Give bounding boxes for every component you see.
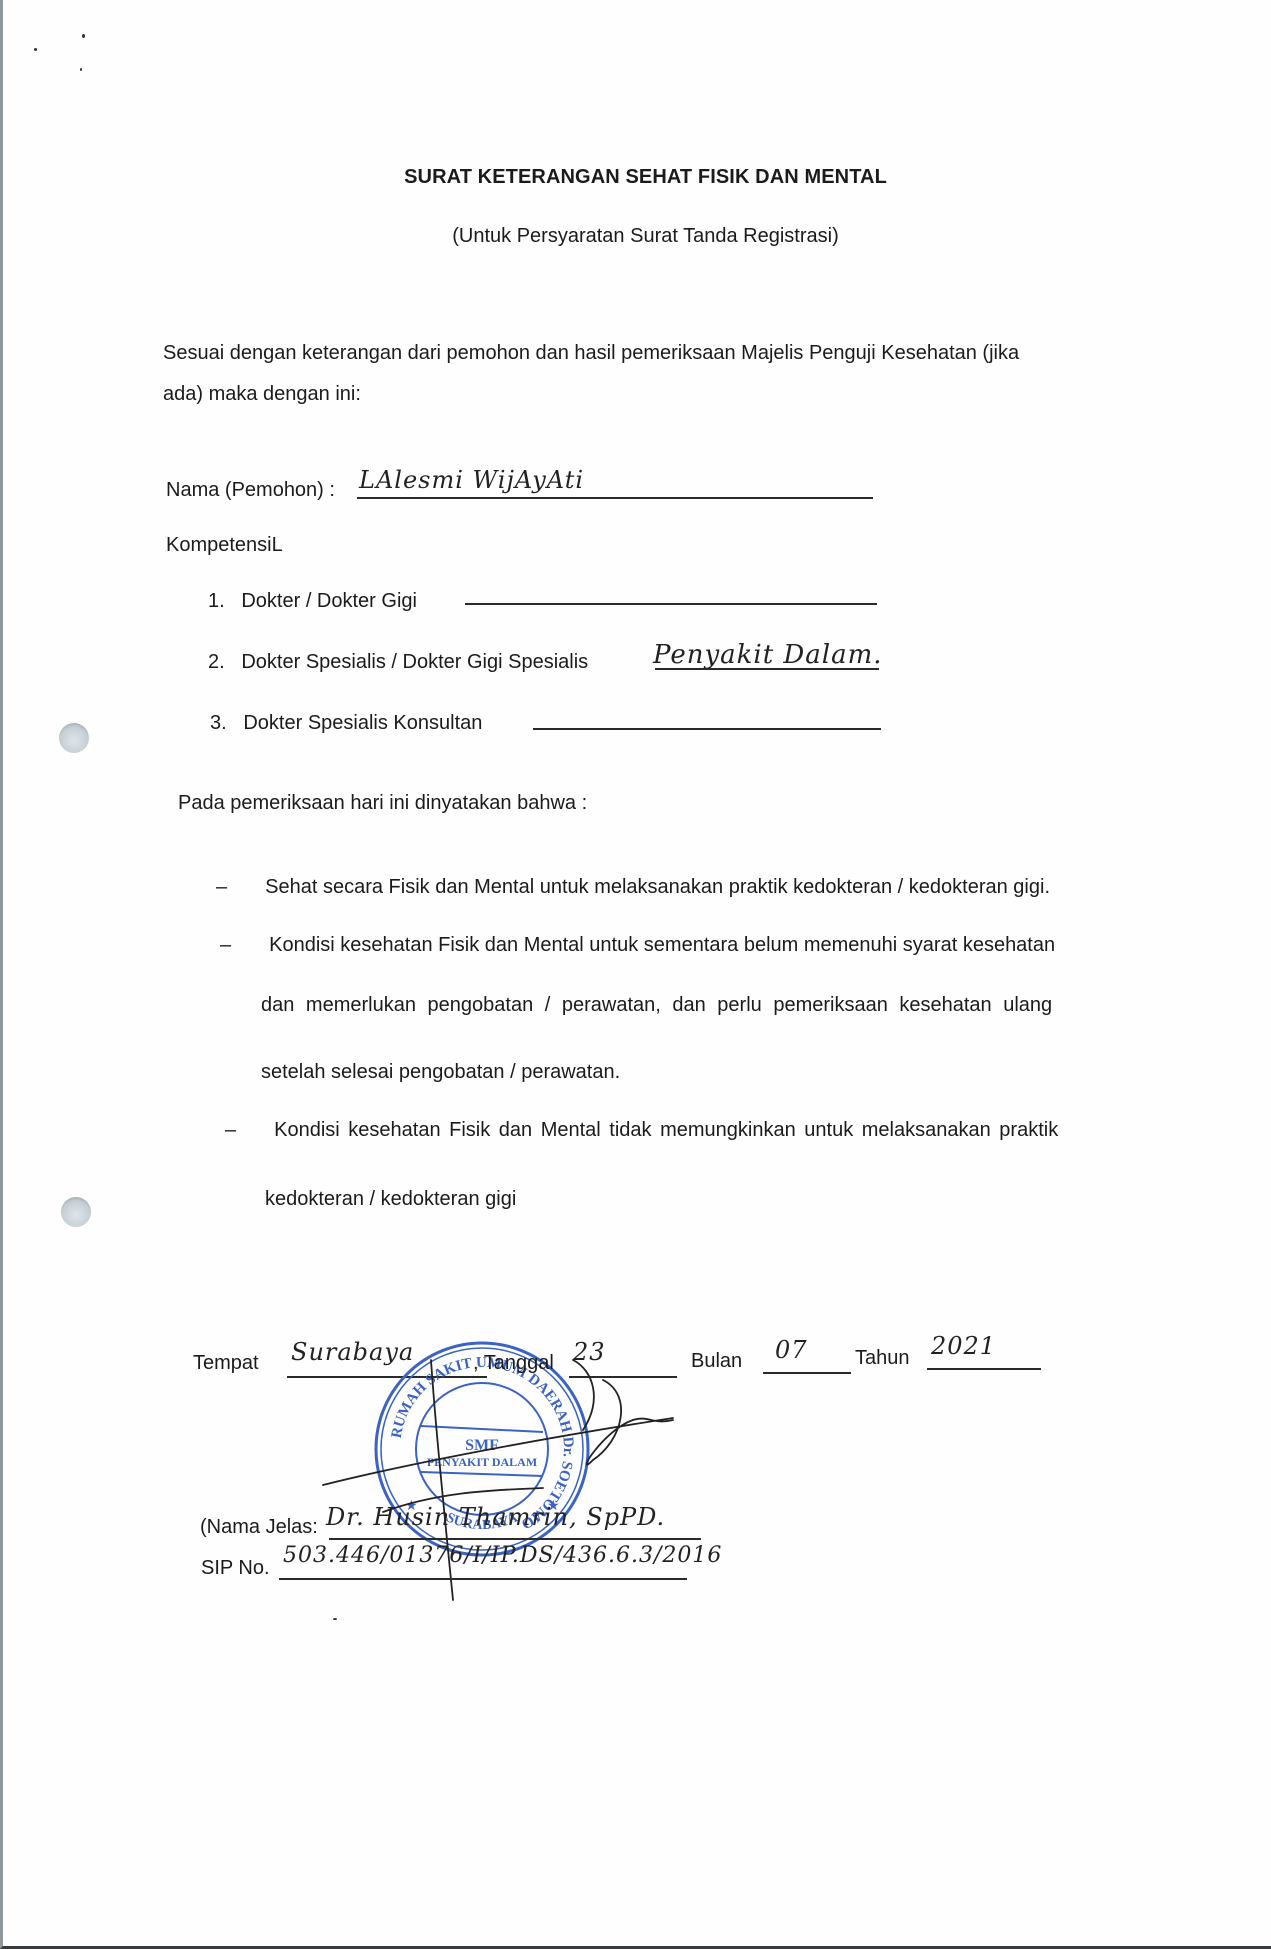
competence-item-2-field xyxy=(655,668,879,670)
signatory-name-value[interactable]: Dr. Husin Thamrin, SpPD. xyxy=(326,1503,665,1531)
document-page: SURAT KETERANGAN SEHAT FISIK DAN MENTAL … xyxy=(0,0,1271,1949)
condition-2-line-3: setelah selesai pengobatan / perawatan. xyxy=(261,1061,620,1084)
competence-item-3: 3. Dokter Spesialis Konsultan xyxy=(210,712,482,735)
competence-item-number: 2. xyxy=(208,651,225,673)
signature-icon xyxy=(303,1340,683,1610)
competence-label: KompetensiL xyxy=(166,534,283,557)
competence-item-2: 2. Dokter Spesialis / Dokter Gigi Spesia… xyxy=(208,651,588,674)
year-label: Tahun xyxy=(855,1347,910,1370)
condition-option-1[interactable]: –Sehat secara Fisik dan Mental untuk mel… xyxy=(216,876,1050,899)
exam-statement: Pada pemeriksaan hari ini dinyatakan bah… xyxy=(178,792,587,815)
intro-line-2: ada) maka dengan ini: xyxy=(163,383,361,406)
competence-item-3-field[interactable] xyxy=(533,728,881,730)
condition-2-line-2: dan memerlukan pengobatan / perawatan, d… xyxy=(261,994,1052,1017)
intro-line-1: Sesuai dengan keterangan dari pemohon da… xyxy=(163,342,1019,365)
condition-option-3[interactable]: –Kondisi kesehatan Fisik dan Mental tida… xyxy=(225,1119,1058,1142)
competence-item-label: Dokter / Dokter Gigi xyxy=(241,590,417,612)
scan-speck xyxy=(34,48,37,51)
condition-3-line-2: kedokteran / kedokteran gigi xyxy=(265,1188,516,1211)
punch-hole-icon xyxy=(61,1197,91,1227)
competence-item-1: 1. Dokter / Dokter Gigi xyxy=(208,590,417,613)
scan-speck xyxy=(80,68,82,71)
sip-underline xyxy=(279,1578,687,1580)
year-underline xyxy=(927,1368,1041,1370)
year-value[interactable]: 2021 xyxy=(931,1332,996,1360)
applicant-name-underline xyxy=(357,497,873,499)
sip-value[interactable]: 503.446/01376/I/IP.DS/436.6.3/2016 xyxy=(283,1543,722,1568)
competence-item-label: Dokter Spesialis / Dokter Gigi Spesialis xyxy=(241,651,588,673)
scan-speck xyxy=(333,1618,337,1620)
month-underline xyxy=(763,1372,851,1374)
condition-text: Sehat secara Fisik dan Mental untuk mela… xyxy=(265,876,1050,898)
bullet-dash-icon: – xyxy=(225,1119,236,1141)
competence-item-1-field[interactable] xyxy=(465,603,877,605)
applicant-name-value[interactable]: LAlesmi WijAyAti xyxy=(359,466,584,494)
competence-item-number: 1. xyxy=(208,590,225,612)
bullet-dash-icon: – xyxy=(216,876,227,898)
competence-item-2-value[interactable]: Penyakit Dalam. xyxy=(653,640,883,670)
signatory-name-underline xyxy=(329,1538,701,1540)
document-title: SURAT KETERANGAN SEHAT FISIK DAN MENTAL xyxy=(3,166,1271,189)
competence-item-label: Dokter Spesialis Konsultan xyxy=(243,712,482,734)
month-label: Bulan xyxy=(691,1350,742,1373)
month-value[interactable]: 07 xyxy=(775,1336,808,1364)
bullet-dash-icon: – xyxy=(220,934,231,956)
applicant-name-label: Nama (Pemohon) : xyxy=(166,479,335,502)
day-label: , Tanggal xyxy=(473,1352,554,1375)
competence-item-number: 3. xyxy=(210,712,227,734)
signatory-name-label: (Nama Jelas: xyxy=(200,1516,318,1539)
sip-label: SIP No. xyxy=(201,1557,270,1580)
punch-hole-icon xyxy=(59,723,89,753)
condition-option-2[interactable]: –Kondisi kesehatan Fisik dan Mental untu… xyxy=(220,934,1055,957)
scan-speck xyxy=(82,34,85,38)
condition-text: Kondisi kesehatan Fisik dan Mental tidak… xyxy=(274,1119,1058,1141)
document-subtitle: (Untuk Persyaratan Surat Tanda Registras… xyxy=(3,225,1271,248)
place-label: Tempat xyxy=(193,1352,259,1375)
condition-text: Kondisi kesehatan Fisik dan Mental untuk… xyxy=(269,934,1055,956)
